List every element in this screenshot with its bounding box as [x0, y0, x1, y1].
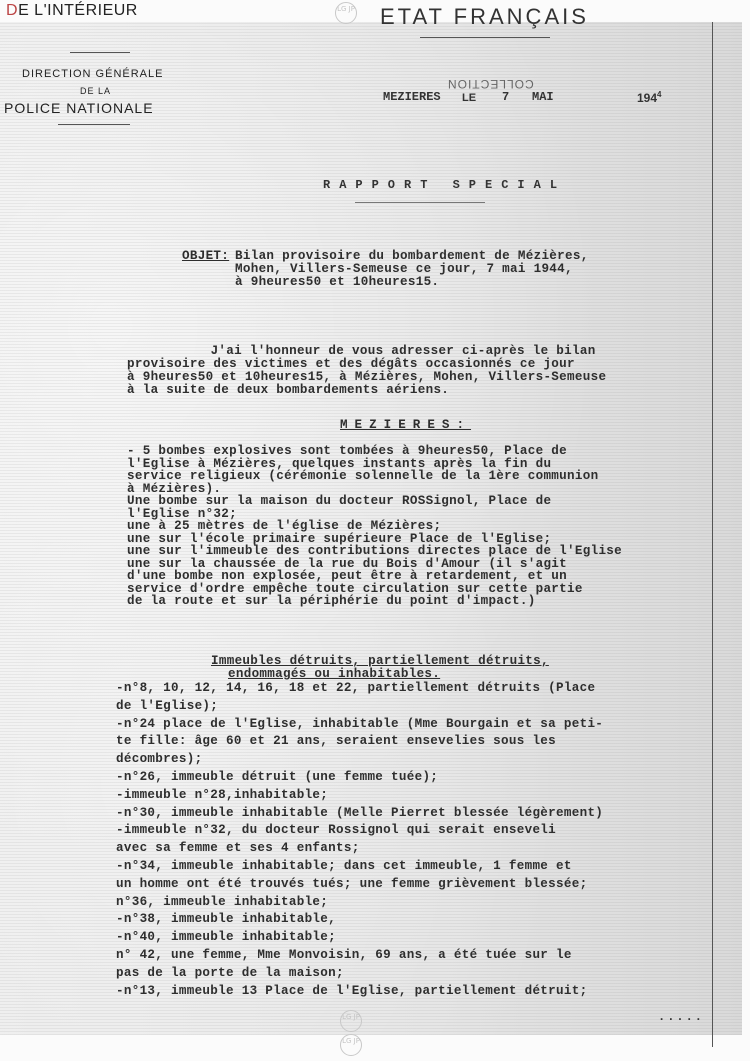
divider: [420, 37, 550, 38]
list-item: un homme ont été trouvés tués; une femme…: [116, 878, 587, 890]
list-item: -n°40, immeuble inhabitable;: [116, 931, 336, 943]
list-item: -immeuble n°28,inhabitable;: [116, 789, 328, 801]
objet-line: Bilan provisoire du bombardement de Mézi…: [235, 250, 589, 262]
subheading-line: Immeubles détruits, partiellement détrui…: [211, 655, 549, 667]
title-underline: [355, 202, 485, 203]
intro-line: provisoire des victimes et des dégâts oc…: [127, 358, 575, 370]
objet-label: OBJET:: [182, 250, 229, 262]
subheading-line: endommagés ou inhabitables.: [228, 668, 440, 680]
list-item: te fille: âge 60 et 21 ans, seraient ens…: [116, 735, 556, 747]
body-line: une sur l'immeuble des contributions dir…: [127, 545, 622, 557]
report-title: RAPPORT SPECIAL: [323, 178, 566, 192]
date-year-prefix: 194: [637, 91, 657, 105]
date-le-label: LE: [462, 92, 476, 104]
body-line: service religieux (cérémonie solennelle …: [127, 470, 598, 482]
list-item: -n°30, immeuble inhabitable (Melle Pierr…: [116, 807, 603, 819]
watermark-logo-icon: LG JP: [340, 1010, 362, 1032]
state-heading: ETAT FRANÇAIS: [380, 4, 589, 30]
list-item: pas de la porte de la maison;: [116, 967, 344, 979]
list-item: -n°13, immeuble 13 Place de l'Eglise, pa…: [116, 985, 587, 997]
list-item: -n°24 place de l'Eglise, inhabitable (Mm…: [116, 718, 603, 730]
continuation-dots: .....: [658, 1010, 704, 1024]
list-item: -n°34, immeuble inhabitable; dans cet im…: [116, 860, 572, 872]
page-edge-rule: [712, 22, 713, 1047]
date-month: MAI: [532, 90, 554, 104]
body-line: une à 25 mètres de l'église de Mézières;: [127, 520, 441, 532]
direction-generale: DIRECTION GÉNÉRALE: [22, 68, 163, 80]
list-item: n° 42, une femme, Mme Monvoisin, 69 ans,…: [116, 949, 572, 961]
list-item: de l'Eglise);: [116, 700, 218, 712]
divider: [70, 52, 130, 53]
watermark-logo-icon: LG JP: [335, 2, 357, 24]
list-item: -n°38, immeuble inhabitable,: [116, 913, 336, 925]
date-year-suffix: 4: [657, 90, 661, 99]
list-item: avec sa femme et ses 4 enfants;: [116, 842, 360, 854]
watermark-logo-icon: LG JP: [340, 1034, 362, 1056]
list-item: décombres);: [116, 753, 202, 765]
objet-line: à 9heures50 et 10heures15.: [235, 276, 439, 288]
objet-line: Mohen, Villers-Semeuse ce jour, 7 mai 19…: [235, 263, 573, 275]
place-name: MEZIERES: [383, 90, 441, 104]
list-item: -immeuble n°32, du docteur Rossignol qui…: [116, 824, 556, 836]
body-line: - 5 bombes explosives sont tombées à 9he…: [127, 445, 567, 457]
section-heading: MEZIERES:: [340, 419, 471, 431]
collection-stamp: COLLECTION: [447, 77, 534, 91]
intro-line: à 9heures50 et 10heures15, à Mézières, M…: [127, 371, 606, 383]
ministry-name: DE L'INTÉRIEUR: [6, 2, 138, 20]
date-year: 1944: [637, 90, 661, 105]
list-item: n°36, immeuble inhabitable;: [116, 896, 328, 908]
body-line: de la route et sur la périphérie du poin…: [127, 595, 536, 607]
date-day: 7: [502, 90, 509, 104]
de-la-label: DE LA: [80, 86, 111, 96]
body-line: Une bombe sur la maison du docteur ROSSi…: [127, 495, 551, 507]
body-line: d'une bombe non explosée, peut être à re…: [127, 570, 567, 582]
police-nationale: POLICE NATIONALE: [4, 100, 154, 116]
list-item: -n°8, 10, 12, 14, 16, 18 et 22, partiell…: [116, 682, 595, 694]
intro-line: J'ai l'honneur de vous adresser ci-après…: [132, 345, 596, 357]
intro-line: à la suite de deux bombardements aériens…: [127, 384, 449, 396]
list-item: -n°26, immeuble détruit (une femme tuée)…: [116, 771, 438, 783]
divider: [58, 124, 130, 125]
